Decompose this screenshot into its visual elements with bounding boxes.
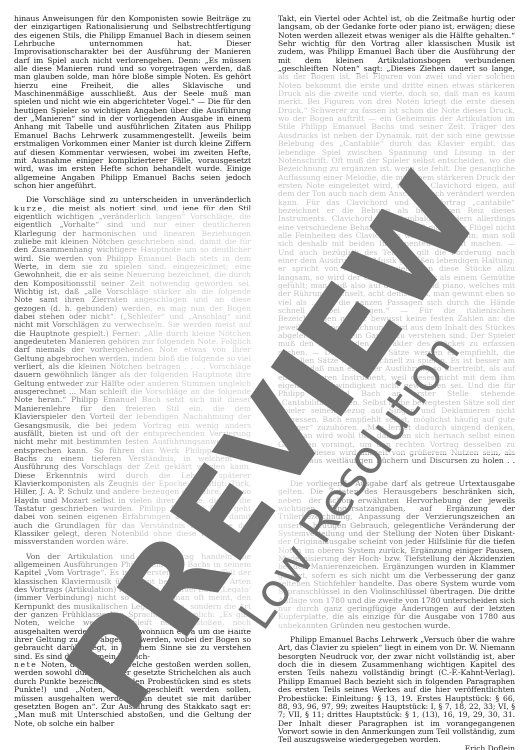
right-paragraph-1: Takt, ein Viertel oder Achtel ist, ob di… [278, 15, 515, 474]
left-column: hinaus Anweisungen für den Komponisten s… [14, 15, 251, 728]
right-paragraph-3: Philipp Emanuel Bachs Lehrwerk „Versuch … [278, 636, 515, 744]
right-paragraph-2: Die vorliegende Ausgabe darf als getreue… [278, 480, 515, 630]
left-paragraph-4: nete Noten, denn „Noten, welche gestoßen… [14, 661, 251, 728]
left-paragraph-4-body: Noten, denn „Noten, welche gestoßen werd… [14, 660, 251, 727]
left-paragraph-3: Von der Artikulation und vom Vortrag han… [14, 553, 251, 661]
right-column: Takt, ein Viertel oder Achtel ist, ob di… [278, 15, 515, 750]
left-paragraph-1: hinaus Anweisungen für den Komponisten s… [14, 15, 251, 190]
document-page: hinaus Anweisungen für den Komponisten s… [0, 0, 530, 750]
author-signature: Erich Doflein [278, 745, 515, 750]
left-paragraph-2: Die Vorschläge sind zu unterscheiden in … [14, 196, 251, 546]
left-paragraph-2-body: die meist als notiert sind, und jene für… [14, 204, 251, 547]
